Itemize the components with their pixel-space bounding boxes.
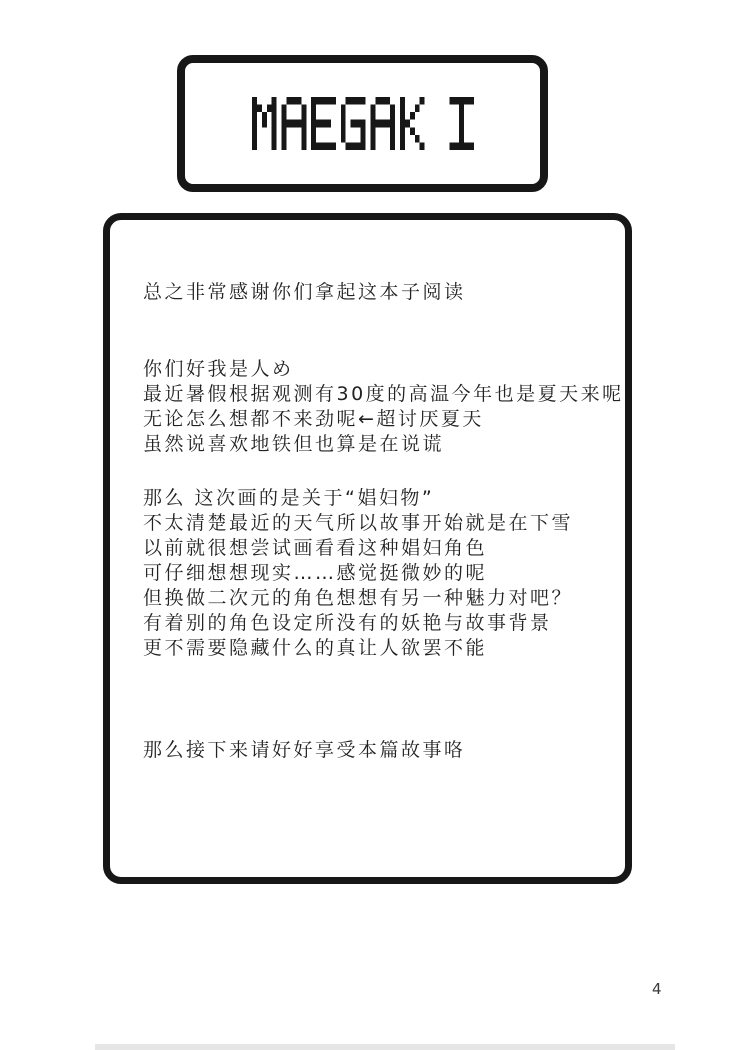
- paragraph: 那么 这次画的是关于“娼妇物”不太清楚最近的天气所以故事开始就是在下雪以前就很想…: [143, 486, 611, 661]
- text-line: 但换做二次元的角色想想有另一种魅力对吧？: [143, 586, 611, 611]
- text-line: 虽然说喜欢地铁但也算是在说谎: [143, 432, 611, 457]
- paragraph: 总之非常感谢你们拿起这本子阅读: [143, 280, 611, 305]
- text-line: 可仔细想想现实……感觉挺微妙的呢: [143, 561, 611, 586]
- text-line: 那么接下来请好好享受本篇故事咯: [143, 738, 611, 763]
- page-number: 4: [652, 980, 662, 998]
- text-line: 无论怎么想都不来劲呢←超讨厌夏天: [143, 407, 611, 432]
- text-line: 以前就很想尝试画看看这种娼妇角色: [143, 536, 611, 561]
- scanned-page: 总之非常感谢你们拿起这本子阅读你们好我是人め最近暑假根据观测有30度的高温今年也…: [0, 0, 730, 1050]
- text-line: 更不需要隐藏什么的真让人欲罢不能: [143, 636, 611, 661]
- text-line: 不太清楚最近的天气所以故事开始就是在下雪: [143, 511, 611, 536]
- foreword-text: 总之非常感谢你们拿起这本子阅读你们好我是人め最近暑假根据观测有30度的高温今年也…: [143, 280, 611, 763]
- page-title: [252, 97, 474, 150]
- text-line: 总之非常感谢你们拿起这本子阅读: [143, 280, 611, 305]
- text-line: 那么 这次画的是关于“娼妇物”: [143, 486, 611, 511]
- paragraph: 你们好我是人め最近暑假根据观测有30度的高温今年也是夏天来呢无论怎么想都不来劲呢…: [143, 357, 611, 457]
- foreword-box: 总之非常感谢你们拿起这本子阅读你们好我是人め最近暑假根据观测有30度的高温今年也…: [103, 213, 632, 884]
- paragraph: 那么接下来请好好享受本篇故事咯: [143, 738, 611, 763]
- title-box: [177, 55, 548, 192]
- text-line: 最近暑假根据观测有30度的高温今年也是夏天来呢: [143, 382, 611, 407]
- scan-edge-artifact: [95, 1044, 675, 1050]
- text-line: 有着别的角色设定所没有的妖艳与故事背景: [143, 611, 611, 636]
- text-line: 你们好我是人め: [143, 357, 611, 382]
